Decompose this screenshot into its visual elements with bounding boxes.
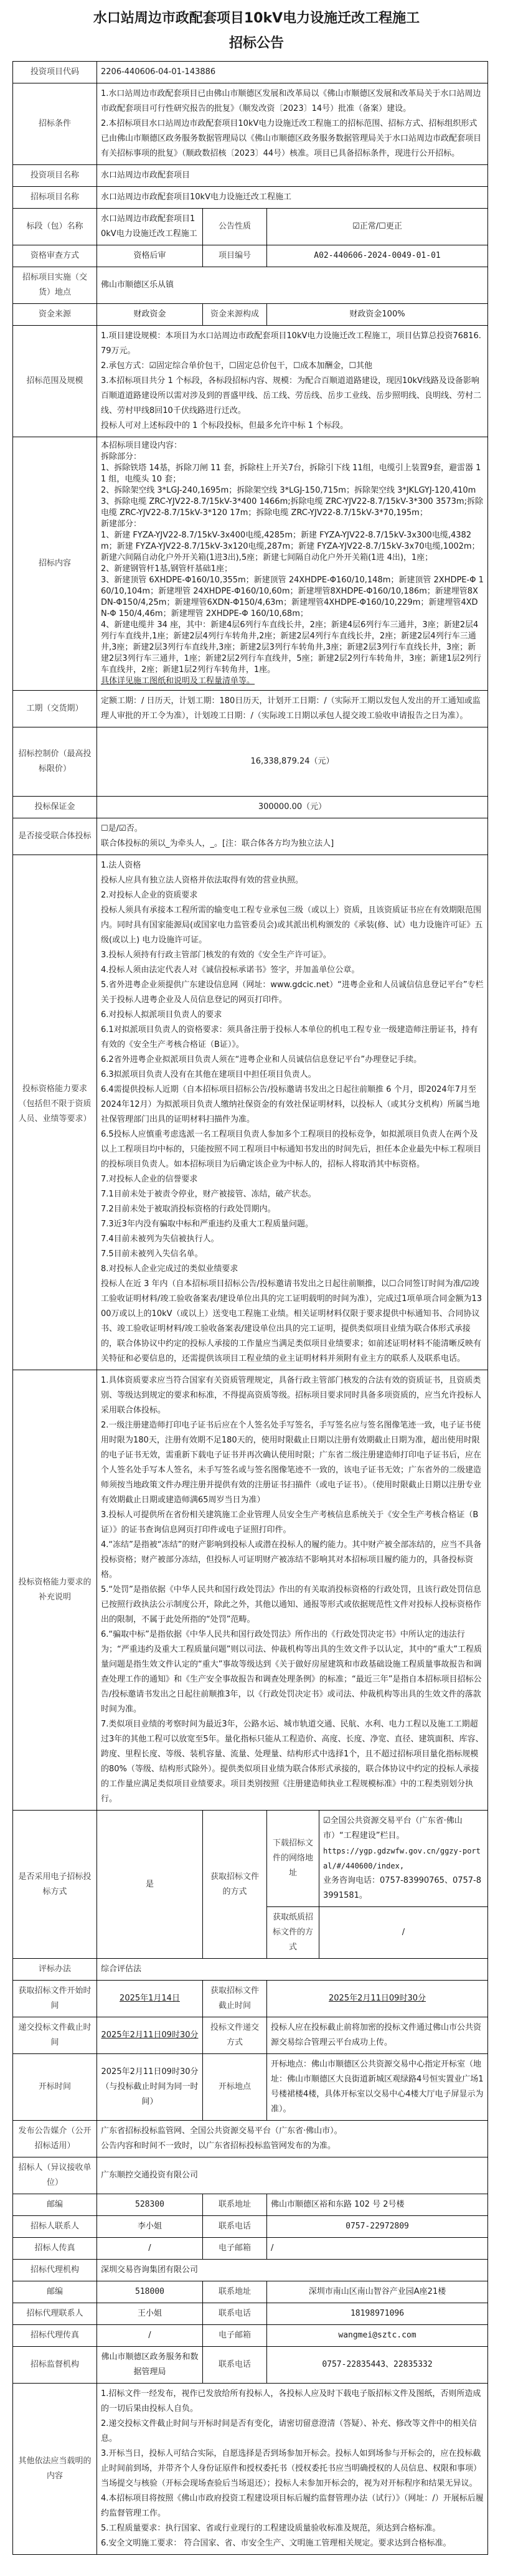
label-qualification: 投标资格能力要求（包括但不限于资质人员、业绩等要求） [13,855,97,1370]
download-hotline: 业务咨询电话：0757-83990765、0757-83991581。 [323,1873,484,1903]
value-agency-phone: 18198971096 [267,2303,488,2325]
value-tenderer-phone: 0757-22972809 [267,2216,488,2238]
scope-para-3: 3.本招标项目共分 1 个标段，各标段招标内容、规模：为配合百顺道道路建设，现因… [101,374,484,419]
value-agency: 深圳交易咨询集团有限公司 [97,2260,488,2281]
conditions-para-1: 1.水口站周边市政配套项目已由佛山市顺德区发展和改革局以《佛山市顺德区发展和改革… [101,87,484,116]
others-para-3: 3.开标当日，投标人可结合实际，自愿选择是否到场参加开标会。投标人如到场参与开标… [101,2446,484,2491]
label-scope: 招标范围及规模 [13,326,97,437]
label-docs-end: 获取招标文件截止时间 [203,1981,267,2017]
label-supervisor-phone: 联系电话 [203,2347,267,2384]
value-tenderer-email: / [267,2238,488,2260]
value-tenderer-fax: / [97,2238,203,2260]
value-eval-method: 综合评估法 [97,1959,488,1981]
row-fund-source: 资金来源 财政资金 资金来源构成 财政资金100% [13,304,488,326]
label-submit-method: 投标文件递交方式 [203,2017,267,2054]
qualification-para-5: 3.投标人须持有行政主管部门核发的有效的《安全生产许可证》。 [101,948,484,963]
label-tenderer: 招标人（异议接收单位） [13,2157,97,2194]
qualification-para-18: 7.4目前未被列为失信被执行人。 [101,1232,484,1247]
row-agency: 招标代理机构 深圳交易咨询集团有限公司 [13,2260,488,2281]
label-tenderer-phone: 联系电话 [203,2216,267,2238]
qualification-para-7: 5.省外进粤企业须提供广东建设信息网（网址：www.gdcic.net）“进粤企… [101,978,484,1008]
value-period: 定额工期：/ 日历天，计划工期：180日历天，计划开工日期：/（实际开工期以发包… [97,691,488,727]
label-tenderer-contact: 招标人联系人 [13,2216,97,2238]
label-media: 发布公告媒介（公开招标适用） [13,2121,97,2157]
value-submit-method: 投标人应在投标截止前将加密的投标文件通过佛山市公共资源交易综合管理云平台成功上传… [267,2017,488,2054]
label-fund-structure: 资金来源构成 [203,304,267,326]
qual-supplement-para-5: 5.“处罚”是指依据《中华人民共和国行政处罚法》作出的有关取消投标资格的行政处罚… [101,1583,484,1627]
row-tenderer-contact: 招标人联系人 李小姐 联系电话 0757-22972809 [13,2216,488,2238]
label-section-name: 标段（包）名称 [13,209,97,245]
value-fund-source: 财政资金 [97,304,203,326]
label-conditions: 招标条件 [13,83,97,165]
row-eval-method: 评标办法 综合评估法 [13,1959,488,1981]
label-project-no: 项目编号 [203,245,267,267]
label-agency-email: 电子邮箱 [203,2325,267,2347]
content-para-3: 1、拆除铁塔 14基，拆除刀闸 11 套，拆除柱上开关7台，拆除引下线 11组，… [101,463,484,485]
row-project-name: 招标项目名称 水口站周边市政配套项目10kV电力设施迁改工程施工 [13,187,488,209]
others-para-4: 4.本招标项目将按照《佛山市政府投资工程建设项目标后履约监督管理办法（试行）》（… [101,2491,484,2521]
qualification-para-1: 1.法人资格 [101,858,484,873]
content-para-4: 2、拆除架空线 3*LGJ-240,1695m；拆除架空线 3*LGJ-150,… [101,485,484,496]
value-agency-contact: 王小姐 [97,2303,203,2325]
download-platform: ☑全国公共资源交易平台（广东省·佛山市）“工程建设”栏目。 [323,1814,484,1844]
qualification-para-11: 6.3拟派项目负责人没有在其他在建项目中担任项目负责人。 [101,1068,484,1082]
row-qual-supplement: 投标资格能力要求的补充说明 1.具体资质要求应当符合国家有关资质管理规定，具备行… [13,1370,488,1811]
qualification-para-4: 投标人须具有承接本工程所需的输变电工程专业承包三级（或以上）资质，且该资质证书应… [101,903,484,948]
value-agency-postcode: 518000 [97,2281,203,2303]
value-open-time: 2025年2月11日09时30分（与投标截止时间为同一时间） [97,2054,203,2121]
label-eval-method: 评标办法 [13,1959,97,1981]
value-qual-method: 资格后审 [97,245,203,267]
value-tenderer-contact: 李小姐 [97,2216,203,2238]
row-agency-postcode: 邮编 518000 联系地址 深圳市南山区南山智谷产业园A座21楼 [13,2281,488,2303]
value-consortium: ☐是/☑否。 联合体投标的须以_为牵头人，_。[注：联合体各方均为独立法人] [97,818,488,855]
content-para-10: 4、新建电缆井 34 座，其中：新建4层6列行车直线长井，2座；新建4层6列行车… [101,620,484,676]
others-para-1: 1.招标文件一经发布，视作已发放给所有投标人，各投标人应及时下载电子版招标文件及… [101,2387,484,2417]
value-tenderer: 广东顺控交通投资有限公司 [97,2157,488,2194]
value-agency-address: 深圳市南山区南山智谷产业园A座21楼 [267,2281,488,2303]
scope-para-4: 投标人可对上述标段中的 1 个标段投标，但最多允许中标 1 个标段。 [101,419,484,433]
value-tenderer-postcode: 528300 [97,2194,203,2216]
value-media: 广东省招标投标监管网、全国公共资源交易平台（广东省·佛山市）。 公告内容和时间不… [97,2121,488,2157]
label-qual-method: 资格审查方式 [13,245,97,267]
qual-supplement-para-3: 3.投标人可提供所在省份相关建筑施工企业管理人员安全生产考核信息系统关于《安全生… [101,1508,484,1538]
label-supervisor: 招标监督机构 [13,2347,97,2384]
row-tenderer: 招标人（异议接收单位） 广东顺控交通投资有限公司 [13,2157,488,2194]
value-open-place: 开标地点：佛山市顺德区公共资源交易中心指定开标室（地址：佛山市顺德区大良街道新城… [267,2054,488,2121]
label-consortium: 是否接受联合体投标 [13,818,97,855]
label-project-name: 招标项目名称 [13,187,97,209]
qualification-para-21: 投标人在近 3 年内（自本招标项目招标公告/投标邀请书发出之日起往前顺推，以☐合… [101,1277,484,1366]
row-submit: 递交投标文件截止时间 2025年2月11日09时30分 投标文件递交方式 投标人… [13,2017,488,2054]
row-media: 发布公告媒介（公开招标适用） 广东省招标投标监管网、全国公共资源交易平台（广东省… [13,2121,488,2157]
content-para-8: 2、新建钢管杆1基,钢管杆基础1座； [101,564,484,575]
row-qualification: 投标资格能力要求（包括但不限于资质人员、业绩等要求） 1.法人资格 投标人应具有… [13,855,488,1370]
qualification-para-19: 7.5目前未被列入失信名单。 [101,1247,484,1262]
media-para-2: 公告内容和时间不一致时，以广东省招标投标监管网发布的为准。 [101,2139,484,2154]
qual-supplement-para-2: 2.一级注册建造师打印电子证书后应在个人签名处手写签名，手写签名应与签名图像笔迹… [101,1418,484,1508]
row-agency-contact: 招标代理联系人 王小姐 联系电话 18198971096 [13,2303,488,2325]
label-agency-phone: 联系电话 [203,2303,267,2325]
value-project-name: 水口站周边市政配套项目10kV电力设施迁改工程施工 [97,187,488,209]
label-get-docs-method: 获取招标文件的方式 [203,1811,267,1959]
value-submit-deadline: 2025年2月11日09时30分 [97,2017,203,2054]
notice-title-line2: 招标公告 [0,29,513,61]
row-investment-name: 投资项目名称 水口站周边市政配套项目 [13,165,488,187]
content-para-7: 1、新建 FYZA-YJV22-8.7/15kV-3x400电缆,4285m；新… [101,530,484,564]
scope-para-1: 1.项目建设规模：本项目为水口站周边市政配套项目10kV电力设施迁改工程施工，项… [101,329,484,359]
qual-supplement-para-7: 7.类似项目业绩的考察时间为最近3年，公路水运、城市轨道交通、民航、水利、电力工… [101,1717,484,1807]
qualification-para-14: 7.对投标人企业的信誉要求 [101,1172,484,1187]
row-qual-method: 资格审查方式 资格后审 项目编号 A02-440606-2024-0049-01… [13,245,488,267]
row-electronic-download: 是否采用电子招标投标方式 是 获取招标文件的方式 下载招标文件的网络地址 ☑全国… [13,1811,488,1907]
content-para-1: 本招标项目建设内容： [101,440,484,452]
label-agency-fax: 招标代理传真 [13,2325,97,2347]
label-location: 招标项目实施（交货）地点 [13,267,97,304]
tender-notice-table: 投资项目代码 2206-440606-04-01-143886 招标条件 1.水… [12,61,488,2555]
value-control-price: 16,338,879.24（元） [97,727,488,797]
value-location: 佛山市顺德区乐从镇 [97,267,488,304]
label-qual-supplement: 投标资格能力要求的补充说明 [13,1370,97,1811]
qualification-para-2: 投标人应具有独立法人资格并依法取得有效的营业执照。 [101,873,484,888]
qualification-para-17: 7.3近3年内没有骗取中标和严重违约及重大工程质量问题。 [101,1217,484,1232]
value-agency-email[interactable]: wangmei@sztc.com [267,2325,488,2347]
others-para-2: 2.递交投标文件截止时间与开标时间是否有变化，请密切留意澄清（答疑）、补充、修改… [101,2417,484,2446]
row-period: 工期（交货期） 定额工期：/ 日历天，计划工期：180日历天，计划开工日期：/（… [13,691,488,727]
content-para-9: 3、新建顶管 6XHDPE-Φ160/10,355m；新建顶管 24XHDPE-… [101,575,484,620]
label-docs-start: 获取招标文件开始时间 [13,1981,97,2017]
qualification-para-20: 8.对投标人企业完成过的类似业绩要求 [101,1262,484,1277]
value-scope: 1.项目建设规模：本项目为水口站周边市政配套项目10kV电力设施迁改工程施工，项… [97,326,488,437]
value-project-no: A02-440606-2024-0049-01-01 [267,245,488,267]
label-tenderer-postcode: 邮编 [13,2194,97,2216]
value-qual-supplement: 1.具体资质要求应当符合国家有关资质管理规定，具备行政主管部门核发的合法有效的资… [97,1370,488,1811]
label-open-place: 开标地点 [203,2054,267,2121]
qualification-para-15: 7.1目前未处于被责令停业，财产被接管、冻结，破产状态。 [101,1187,484,1202]
others-para-5: 5.工程质量要求：执行国家、省或行业现行的工程建设质量验收标准及规范，须达到合格… [101,2521,484,2536]
value-docs-end: 2025年2月11日09时30分 [267,1981,488,2017]
qual-supplement-para-6: 6.“骗取中标”是指依据《中华人民共和国行政处罚法》所作出的《行政处罚决定书》中… [101,1627,484,1717]
label-others: 其他依法应当载明的内容 [13,2384,97,2555]
value-content: 本招标项目建设内容： 拆除部分： 1、拆除铁塔 14基，拆除刀闸 11 套，拆除… [97,437,488,691]
qualification-para-10: 6.2省外进粤企业拟派项目负责人须在“进粤企业和人员诚信信息登记平台”办理登记手… [101,1053,484,1068]
page-bottom-spacer [0,2555,513,2576]
label-notice-type: 公告性质 [203,209,267,245]
row-control-price: 招标控制价（最高投标限价） 16,338,879.24（元） [13,727,488,797]
value-section-name: 水口站周边市政配套项目10kV电力设施迁改工程施工 [97,209,203,245]
row-tenderer-postcode: 邮编 528300 联系地址 佛山市顺德区裕和东路 102 号 2号楼 [13,2194,488,2216]
value-supervisor-phone: 0757-22835443、22835332 [267,2347,488,2384]
value-deposit: 300000.00（元） [97,797,488,818]
label-download-url: 下载招标文件的网络地址 [267,1811,319,1907]
label-tenderer-fax: 招标人传真 [13,2238,97,2260]
label-control-price: 招标控制价（最高投标限价） [13,727,97,797]
row-agency-fax: 招标代理传真 / 电子邮箱 wangmei@sztc.com [13,2325,488,2347]
content-para-11: 具体详见施工图纸和说明及工程量清单等。 [101,676,484,687]
media-para-1: 广东省招标投标监管网、全国公共资源交易平台（广东省·佛山市）。 [101,2124,484,2139]
row-docs-time: 获取招标文件开始时间 2025年1月14日 获取招标文件截止时间 2025年2月… [13,1981,488,2017]
label-submit-deadline: 递交投标文件截止时间 [13,2017,97,2054]
value-electronic: 是 [97,1811,203,1959]
consortium-para-2: 联合体投标的须以_为牵头人，_。[注：联合体各方均为独立法人] [101,836,484,851]
scope-para-2: 2.承包方式：☑固定综合单价包干，☐固定总价包干，☐成本加酬金，☐其他 [101,359,484,374]
qual-supplement-para-1: 1.具体资质要求应当符合国家有关资质管理规定，具备行政主管部门核发的合法有效的资… [101,1373,484,1418]
content-para-6: 新建部分： [101,519,484,530]
row-section-name: 标段（包）名称 水口站周边市政配套项目10kV电力设施迁改工程施工 公告性质 ☑… [13,209,488,245]
label-deposit: 投标保证金 [13,797,97,818]
label-open-time: 开标时间 [13,2054,97,2121]
conditions-para-2: 2.本招标项目水口站周边市政配套项目10kV电力设施迁改工程施工的招标范围、招标… [101,116,484,161]
label-agency-address: 联系地址 [203,2281,267,2303]
download-link[interactable]: https://ygp.gdzwfw.gov.cn/ggzy-portal/#/… [323,1844,484,1873]
row-content: 招标内容 本招标项目建设内容： 拆除部分： 1、拆除铁塔 14基，拆除刀闸 11… [13,437,488,691]
value-tenderer-address: 佛山市顺德区裕和东路 102 号 2号楼 [267,2194,488,2216]
value-qualification: 1.法人资格 投标人应具有独立法人资格并依法取得有效的营业执照。 2.对投标人企… [97,855,488,1370]
label-paper-docs: 获取纸质招标文件的方式 [267,1907,319,1959]
qual-supplement-para-4: 4.“冻结”是指被“冻结”的财产影响到投标人或潜在投标人的履约能力。其中财产被全… [101,1538,484,1583]
value-investment-name: 水口站周边市政配套项目 [97,165,488,187]
row-consortium: 是否接受联合体投标 ☐是/☑否。 联合体投标的须以_为牵头人，_。[注：联合体各… [13,818,488,855]
row-opening: 开标时间 2025年2月11日09时30分（与投标截止时间为同一时间） 开标地点… [13,2054,488,2121]
row-supervisor: 招标监督机构 佛山市顺德区政务服务和数据管理局 联系电话 0757-228354… [13,2347,488,2384]
label-agency-contact: 招标代理联系人 [13,2303,97,2325]
label-period: 工期（交货期） [13,691,97,727]
label-investment-code: 投资项目代码 [13,62,97,83]
value-supervisor: 佛山市顺德区政务服务和数据管理局 [97,2347,203,2384]
label-agency: 招标代理机构 [13,2260,97,2281]
value-investment-code: 2206-440606-04-01-143886 [97,62,488,83]
qualification-para-6: 4.投标人须由法定代表人对《诚信投标承诺书》签字，并加盖单位公章。 [101,963,484,978]
content-para-2: 拆除部分： [101,452,484,463]
row-tenderer-fax: 招标人传真 / 电子邮箱 / [13,2238,488,2260]
qualification-para-8: 6.对投标人拟派项目负责人的要求 [101,1008,484,1023]
value-agency-fax: / [97,2325,203,2347]
content-para-5: 3、拆除电缆 ZRC-YJV22-8.7/15kV-3*400 1466m;拆除… [101,496,484,519]
qualification-para-3: 2.对投标人企业的资质要求 [101,888,484,903]
value-conditions: 1.水口站周边市政配套项目已由佛山市顺德区发展和改革局以《佛山市顺德区发展和改革… [97,83,488,165]
row-investment-code: 投资项目代码 2206-440606-04-01-143886 [13,62,488,83]
row-scope: 招标范围及规模 1.项目建设规模：本项目为水口站周边市政配套项目10kV电力设施… [13,326,488,437]
row-others: 其他依法应当载明的内容 1.招标文件一经发布，视作已发放给所有投标人，各投标人应… [13,2384,488,2555]
value-docs-start: 2025年1月14日 [97,1981,203,2017]
value-fund-structure: 财政资金100% [267,304,488,326]
value-paper-docs: / [319,1907,488,1959]
qualification-para-12: 6.4需提供投标人近期（自本招标项目招标公告/投标邀请书发出之日起往前顺推 6 … [101,1082,484,1127]
others-para-6: 6.安全文明施工要求： 符合国家、省、市安全生产、文明施工管理相关规定。要求达到… [101,2536,484,2551]
qualification-para-13: 6.5投标人应慎重考虑选派一名工程项目负责人参加多个工程项目的投标竞争，如拟派项… [101,1127,484,1172]
row-conditions: 招标条件 1.水口站周边市政配套项目已由佛山市顺德区发展和改革局以《佛山市顺德区… [13,83,488,165]
label-agency-postcode: 邮编 [13,2281,97,2303]
value-others: 1.招标文件一经发布，视作已发放给所有投标人，各投标人应及时下载电子版招标文件及… [97,2384,488,2555]
value-notice-type: ☑正常/☐更正 [267,209,488,245]
label-investment-name: 投资项目名称 [13,165,97,187]
notice-title-line1: 水口站周边市政配套项目10kV电力设施迁改工程施工 [0,0,513,29]
label-electronic: 是否采用电子招标投标方式 [13,1811,97,1959]
qualification-para-16: 7.2目前未处于被取消投标资格的行政处罚期内。 [101,1202,484,1217]
row-deposit: 投标保证金 300000.00（元） [13,797,488,818]
label-tenderer-address: 联系地址 [203,2194,267,2216]
label-content: 招标内容 [13,437,97,691]
label-fund-source: 资金来源 [13,304,97,326]
label-tenderer-email: 电子邮箱 [203,2238,267,2260]
row-location: 招标项目实施（交货）地点 佛山市顺德区乐从镇 [13,267,488,304]
consortium-para-1: ☐是/☑否。 [101,822,484,836]
value-download-url: ☑全国公共资源交易平台（广东省·佛山市）“工程建设”栏目。 https://yg… [319,1811,488,1907]
qualification-para-9: 6.1对拟派项目负责人的资格要求：须具备注册于投标人本单位的机电工程专业一级建造… [101,1023,484,1053]
